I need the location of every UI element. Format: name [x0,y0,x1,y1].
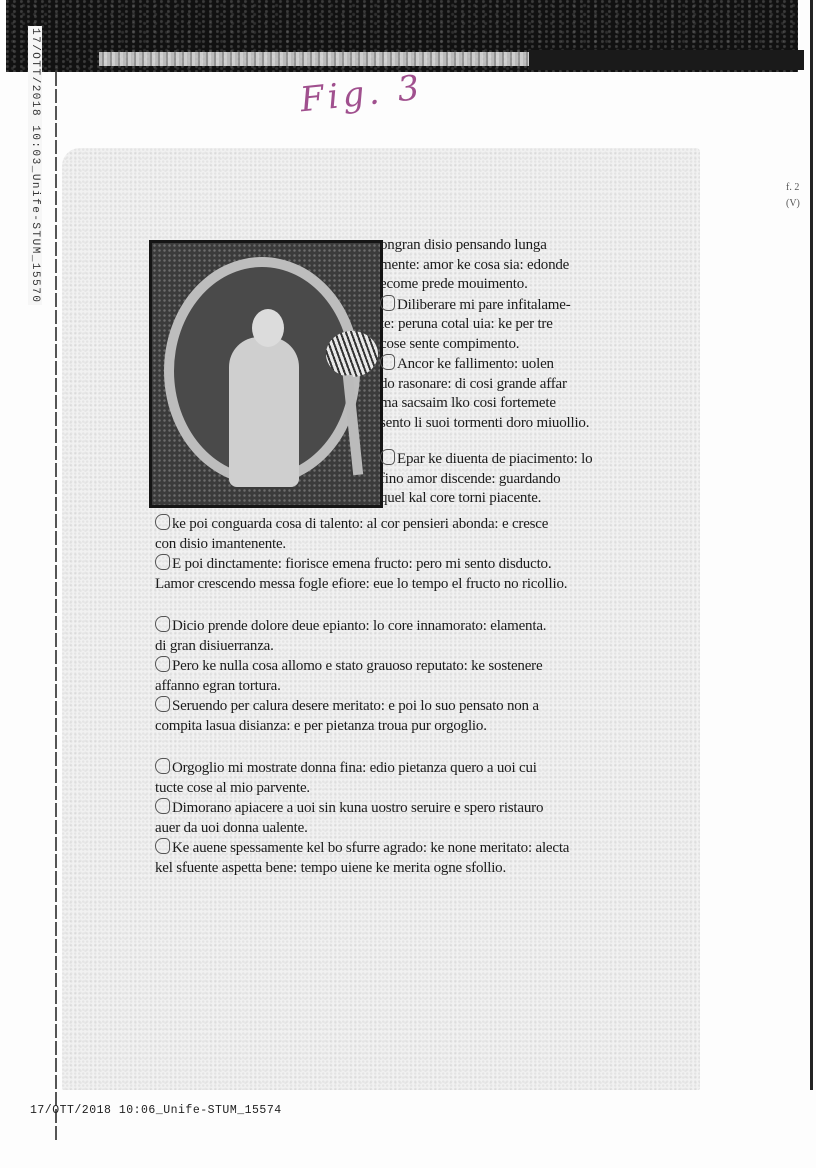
stanza: ongran disio pensando lunga mente: amor … [380,236,630,295]
stanza: Dimorano apiacere a uoi sin kuna uostro … [155,798,615,838]
text-line: di gran disiuerranza. [155,637,615,657]
handwritten-figure-label: Fig. 3 [298,68,425,121]
figure-head-icon [252,309,284,347]
text-line: Orgoglio mi mostrate donna fina: edio pi… [155,758,615,779]
scanner-light-strip [99,52,529,66]
margin-note-mark: (V) [786,196,800,212]
stanza: Pero ke nulla cosa allomo e stato grauos… [155,656,615,696]
capital-mark-icon [155,798,170,814]
text-line: Pero ke nulla cosa allomo e stato grauos… [155,656,615,677]
capital-mark-icon [155,514,170,530]
capital-mark-icon [155,696,170,712]
stanza: Epar ke diuenta de piacimento: lo fino a… [380,449,630,509]
text-line: kel sfuente aspetta bene: tempo uiene ke… [155,859,615,879]
text-line: do rasonare: di cosi grande affar [380,375,630,395]
tree-icon [326,331,378,377]
stanza: Orgoglio mi mostrate donna fina: edio pi… [155,758,615,798]
text-line: Dimorano apiacere a uoi sin kuna uostro … [155,798,615,819]
text-line: con disio imantenente. [155,535,615,555]
text-line: compita lasua disianza: e per pietanza t… [155,717,615,737]
text-line: Ancor ke fallimento: uolen [380,354,630,375]
right-column-text: ongran disio pensando lunga mente: amor … [380,236,630,509]
text-line: tucte cose al mio parvente. [155,779,615,799]
right-edge-line [810,0,813,1090]
capital-mark-icon [380,295,395,311]
page-fold-line [55,72,57,1142]
capital-mark-icon [380,449,395,465]
stanza: Seruendo per calura desere meritato: e p… [155,696,615,736]
text-line: Epar ke diuenta de piacimento: lo [380,449,630,470]
capital-mark-icon [155,838,170,854]
stanza: Ancor ke fallimento: uolen do rasonare: … [380,354,630,433]
capital-mark-icon [155,554,170,570]
capital-mark-icon [380,354,395,370]
initial-letter-o [164,257,360,485]
text-line: fino amor discende: guardando [380,470,630,490]
stanza: Ke auene spessamente kel bo sfurre agrad… [155,838,615,878]
text-line: mente: amor ke cosa sia: edonde [380,256,630,276]
text-line: ongran disio pensando lunga [380,236,630,256]
capital-mark-icon [155,616,170,632]
text-line: auer da uoi donna ualente. [155,819,615,839]
text-line: te: peruna cotal uia: ke per tre [380,315,630,335]
text-line: Ke auene spessamente kel bo sfurre agrad… [155,838,615,859]
stanza: Dicio prende dolore deue epianto: lo cor… [155,616,615,656]
capital-mark-icon [155,656,170,672]
text-line: Lamor crescendo messa fogle efiore: eue … [155,575,615,595]
historiated-initial-miniature [149,240,383,508]
margin-note: f. 2 (V) [786,180,800,212]
text-line: Diliberare mi pare infitalame- [380,295,630,316]
vertical-scan-stamp: 17/OTT/2018 10:03_Unife-STUM_15570 [28,26,42,305]
text-line: ecome prede mouimento. [380,275,630,295]
seated-figure-icon [229,337,299,487]
stanza: ke poi conguarda cosa di talento: al cor… [155,514,615,554]
bottom-scan-stamp: 17/OTT/2018 10:06_Unife-STUM_15574 [30,1104,282,1117]
text-line: quel kal core torni piacente. [380,489,630,509]
tree-trunk-icon [343,375,363,475]
text-line: ke poi conguarda cosa di talento: al cor… [155,514,615,535]
margin-note-folio: f. 2 [786,180,800,196]
scanner-band-edge [529,50,804,70]
text-line: Seruendo per calura desere meritato: e p… [155,696,615,717]
text-line: Dicio prende dolore deue epianto: lo cor… [155,616,615,637]
text-line: E poi dinctamente: fiorisce emena fructo… [155,554,615,575]
capital-mark-icon [155,758,170,774]
stanza: E poi dinctamente: fiorisce emena fructo… [155,554,615,594]
text-line: cose sente compimento. [380,335,630,355]
text-line: affanno egran tortura. [155,677,615,697]
text-line: sento li suoi tormenti doro miuollio. [380,414,630,434]
stanza: Diliberare mi pare infitalame- te: perun… [380,295,630,355]
text-line: ma sacsaim lko cosi fortemete [380,394,630,414]
scanner-dark-band [6,0,798,72]
full-width-text: ke poi conguarda cosa di talento: al cor… [155,514,615,878]
